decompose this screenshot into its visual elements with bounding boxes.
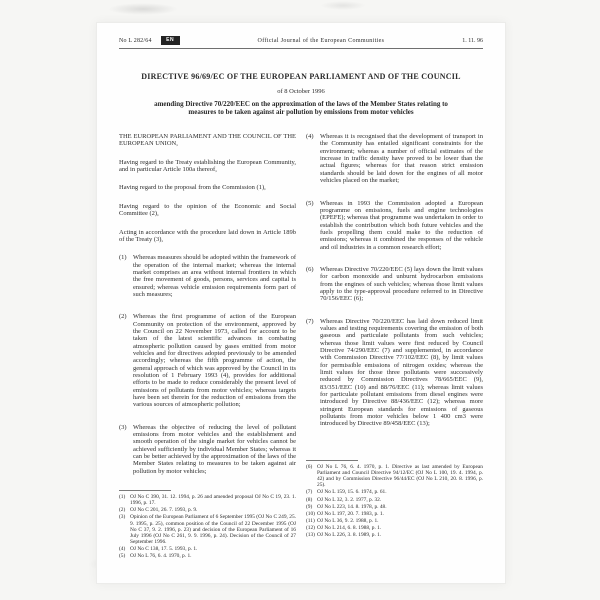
footnote: (6) OJ No L 76, 6. 4. 1970, p. 1. Direct… <box>306 464 483 488</box>
text-columns: THE EUROPEAN PARLIAMENT AND THE COUNCIL … <box>119 133 483 553</box>
footnote: (3) Opinion of the European Parliament o… <box>119 514 296 544</box>
footnote-text: OJ No L 36, 9. 2. 1988, p. 1. <box>317 518 483 524</box>
recital: (7) Whereas Directive 70/220/EEC has lai… <box>306 318 483 428</box>
footnote: (2) OJ No C 201, 26. 7. 1993, p. 9. <box>119 507 296 513</box>
footnote: (12) OJ No L 214, 6. 8. 1988, p. 1. <box>306 525 483 531</box>
footnote-number: (5) <box>119 553 130 559</box>
footnote: (7) OJ No L 159, 15. 6. 1974, p. 61. <box>306 489 483 495</box>
recital-number: (5) <box>306 200 320 251</box>
journal-title: Official Journal of the European Communi… <box>180 37 463 45</box>
footnote-number: (11) <box>306 518 317 524</box>
footnote-number: (13) <box>306 532 317 538</box>
footnote-number: (12) <box>306 525 317 531</box>
footnote-text: OJ No L 197, 20. 7. 1983, p. 1. <box>317 511 483 517</box>
recital: (2) Whereas the first programme of actio… <box>119 313 296 408</box>
recital-number: (4) <box>306 133 320 184</box>
preamble-paragraph: THE EUROPEAN PARLIAMENT AND THE COUNCIL … <box>119 133 296 148</box>
title-block: DIRECTIVE 96/69/EC OF THE EUROPEAN PARLI… <box>119 72 483 117</box>
footnote-number: (2) <box>119 507 130 513</box>
footnote-text: Opinion of the European Parliament of 6 … <box>130 514 296 544</box>
recital-number: (3) <box>119 424 133 475</box>
footnote-number: (9) <box>306 504 317 510</box>
language-badge: EN <box>161 36 180 45</box>
footnote-number: (1) <box>119 494 130 506</box>
recital: (4) Whereas it is recognised that the de… <box>306 133 483 184</box>
recital-text: Whereas measures should be adopted withi… <box>133 254 296 298</box>
left-column: THE EUROPEAN PARLIAMENT AND THE COUNCIL … <box>119 133 296 553</box>
footnote: (1) OJ No C 390, 31. 12. 1994, p. 26 and… <box>119 494 296 506</box>
recital-number: (1) <box>119 254 133 298</box>
directive-title: DIRECTIVE 96/69/EC OF THE EUROPEAN PARLI… <box>136 72 466 81</box>
footnote-text: OJ No L 32, 3. 2. 1977, p. 32. <box>317 497 483 503</box>
footnote-number: (4) <box>119 546 130 552</box>
recital: (1) Whereas measures should be adopted w… <box>119 254 296 298</box>
footnote: (8) OJ No L 32, 3. 2. 1977, p. 32. <box>306 497 483 503</box>
footnote-text: OJ No L 226, 3. 8. 1989, p. 1. <box>317 532 483 538</box>
footnote: (10) OJ No L 197, 20. 7. 1983, p. 1. <box>306 511 483 517</box>
footnote-rule <box>306 460 358 461</box>
header-rule <box>119 48 483 49</box>
footnote-text: OJ No C 390, 31. 12. 1994, p. 26 and ame… <box>130 494 296 506</box>
footnote: (11) OJ No L 36, 9. 2. 1988, p. 1. <box>306 518 483 524</box>
preamble-paragraph: Having regard to the opinion of the Econ… <box>119 203 296 218</box>
recital-number: (2) <box>119 313 133 408</box>
footnote-text: OJ No L 159, 15. 6. 1974, p. 61. <box>317 489 483 495</box>
footnote-text: OJ No L 76, 6. 4. 1970, p. 1. <box>130 553 296 559</box>
left-footnotes: (1) OJ No C 390, 31. 12. 1994, p. 26 and… <box>119 490 296 574</box>
footnote-number: (8) <box>306 497 317 503</box>
recital: (6) Whereas Directive 70/220/EEC (5) lay… <box>306 266 483 303</box>
footnote-text: OJ No L 223, 14. 8. 1978, p. 48. <box>317 504 483 510</box>
footnote-number: (6) <box>306 464 317 488</box>
footnote-number: (7) <box>306 489 317 495</box>
scan-background: No L 282/64 EN Official Journal of the E… <box>0 0 600 600</box>
right-footnotes: (6) OJ No L 76, 6. 4. 1970, p. 1. Direct… <box>306 460 483 553</box>
recital: (3) Whereas the objective of reducing th… <box>119 424 296 475</box>
preamble-paragraph: Having regard to the Treaty establishing… <box>119 159 296 174</box>
recital-text: Whereas it is recognised that the develo… <box>320 133 483 184</box>
scan-smudge <box>320 1 366 10</box>
recital-number: (6) <box>306 266 320 303</box>
footnote: (5) OJ No L 76, 6. 4. 1970, p. 1. <box>119 553 296 559</box>
right-column: (4) Whereas it is recognised that the de… <box>306 133 483 553</box>
recital-text: Whereas the first programme of action of… <box>133 313 296 408</box>
footnote-text: OJ No L 76, 6. 4. 1970, p. 1. Directive … <box>317 464 483 488</box>
directive-date: of 8 October 1996 <box>119 88 483 95</box>
recital-text: Whereas the objective of reducing the le… <box>133 424 296 475</box>
directive-subject: amending Directive 70/220/EEC on the app… <box>142 101 460 117</box>
recital-text: Whereas Directive 70/220/EEC has laid do… <box>320 318 483 428</box>
recital-text: Whereas Directive 70/220/EEC (5) lays do… <box>320 266 483 303</box>
preamble-paragraph: Acting in accordance with the procedure … <box>119 229 296 244</box>
recital-text: Whereas in 1993 the Commission adopted a… <box>320 200 483 251</box>
footnote: (13) OJ No L 226, 3. 8. 1989, p. 1. <box>306 532 483 538</box>
document-page: No L 282/64 EN Official Journal of the E… <box>96 22 506 584</box>
footnote-text: OJ No C 138, 17. 5. 1993, p. 1. <box>130 546 296 552</box>
journal-header: No L 282/64 EN Official Journal of the E… <box>119 36 483 45</box>
footnote-number: (10) <box>306 511 317 517</box>
recital-number: (7) <box>306 318 320 428</box>
footnote-text: OJ No L 214, 6. 8. 1988, p. 1. <box>317 525 483 531</box>
preamble-paragraph: Having regard to the proposal from the C… <box>119 184 296 191</box>
recital: (5) Whereas in 1993 the Commission adopt… <box>306 200 483 251</box>
issue-reference: No L 282/64 <box>119 37 152 45</box>
footnote-rule <box>119 490 171 491</box>
scan-smudge <box>108 3 178 15</box>
footnote-text: OJ No C 201, 26. 7. 1993, p. 9. <box>130 507 296 513</box>
footnote-number: (3) <box>119 514 130 544</box>
header-date: 1. 11. 96 <box>462 37 483 45</box>
footnote: (4) OJ No C 138, 17. 5. 1993, p. 1. <box>119 546 296 552</box>
footnote: (9) OJ No L 223, 14. 8. 1978, p. 48. <box>306 504 483 510</box>
